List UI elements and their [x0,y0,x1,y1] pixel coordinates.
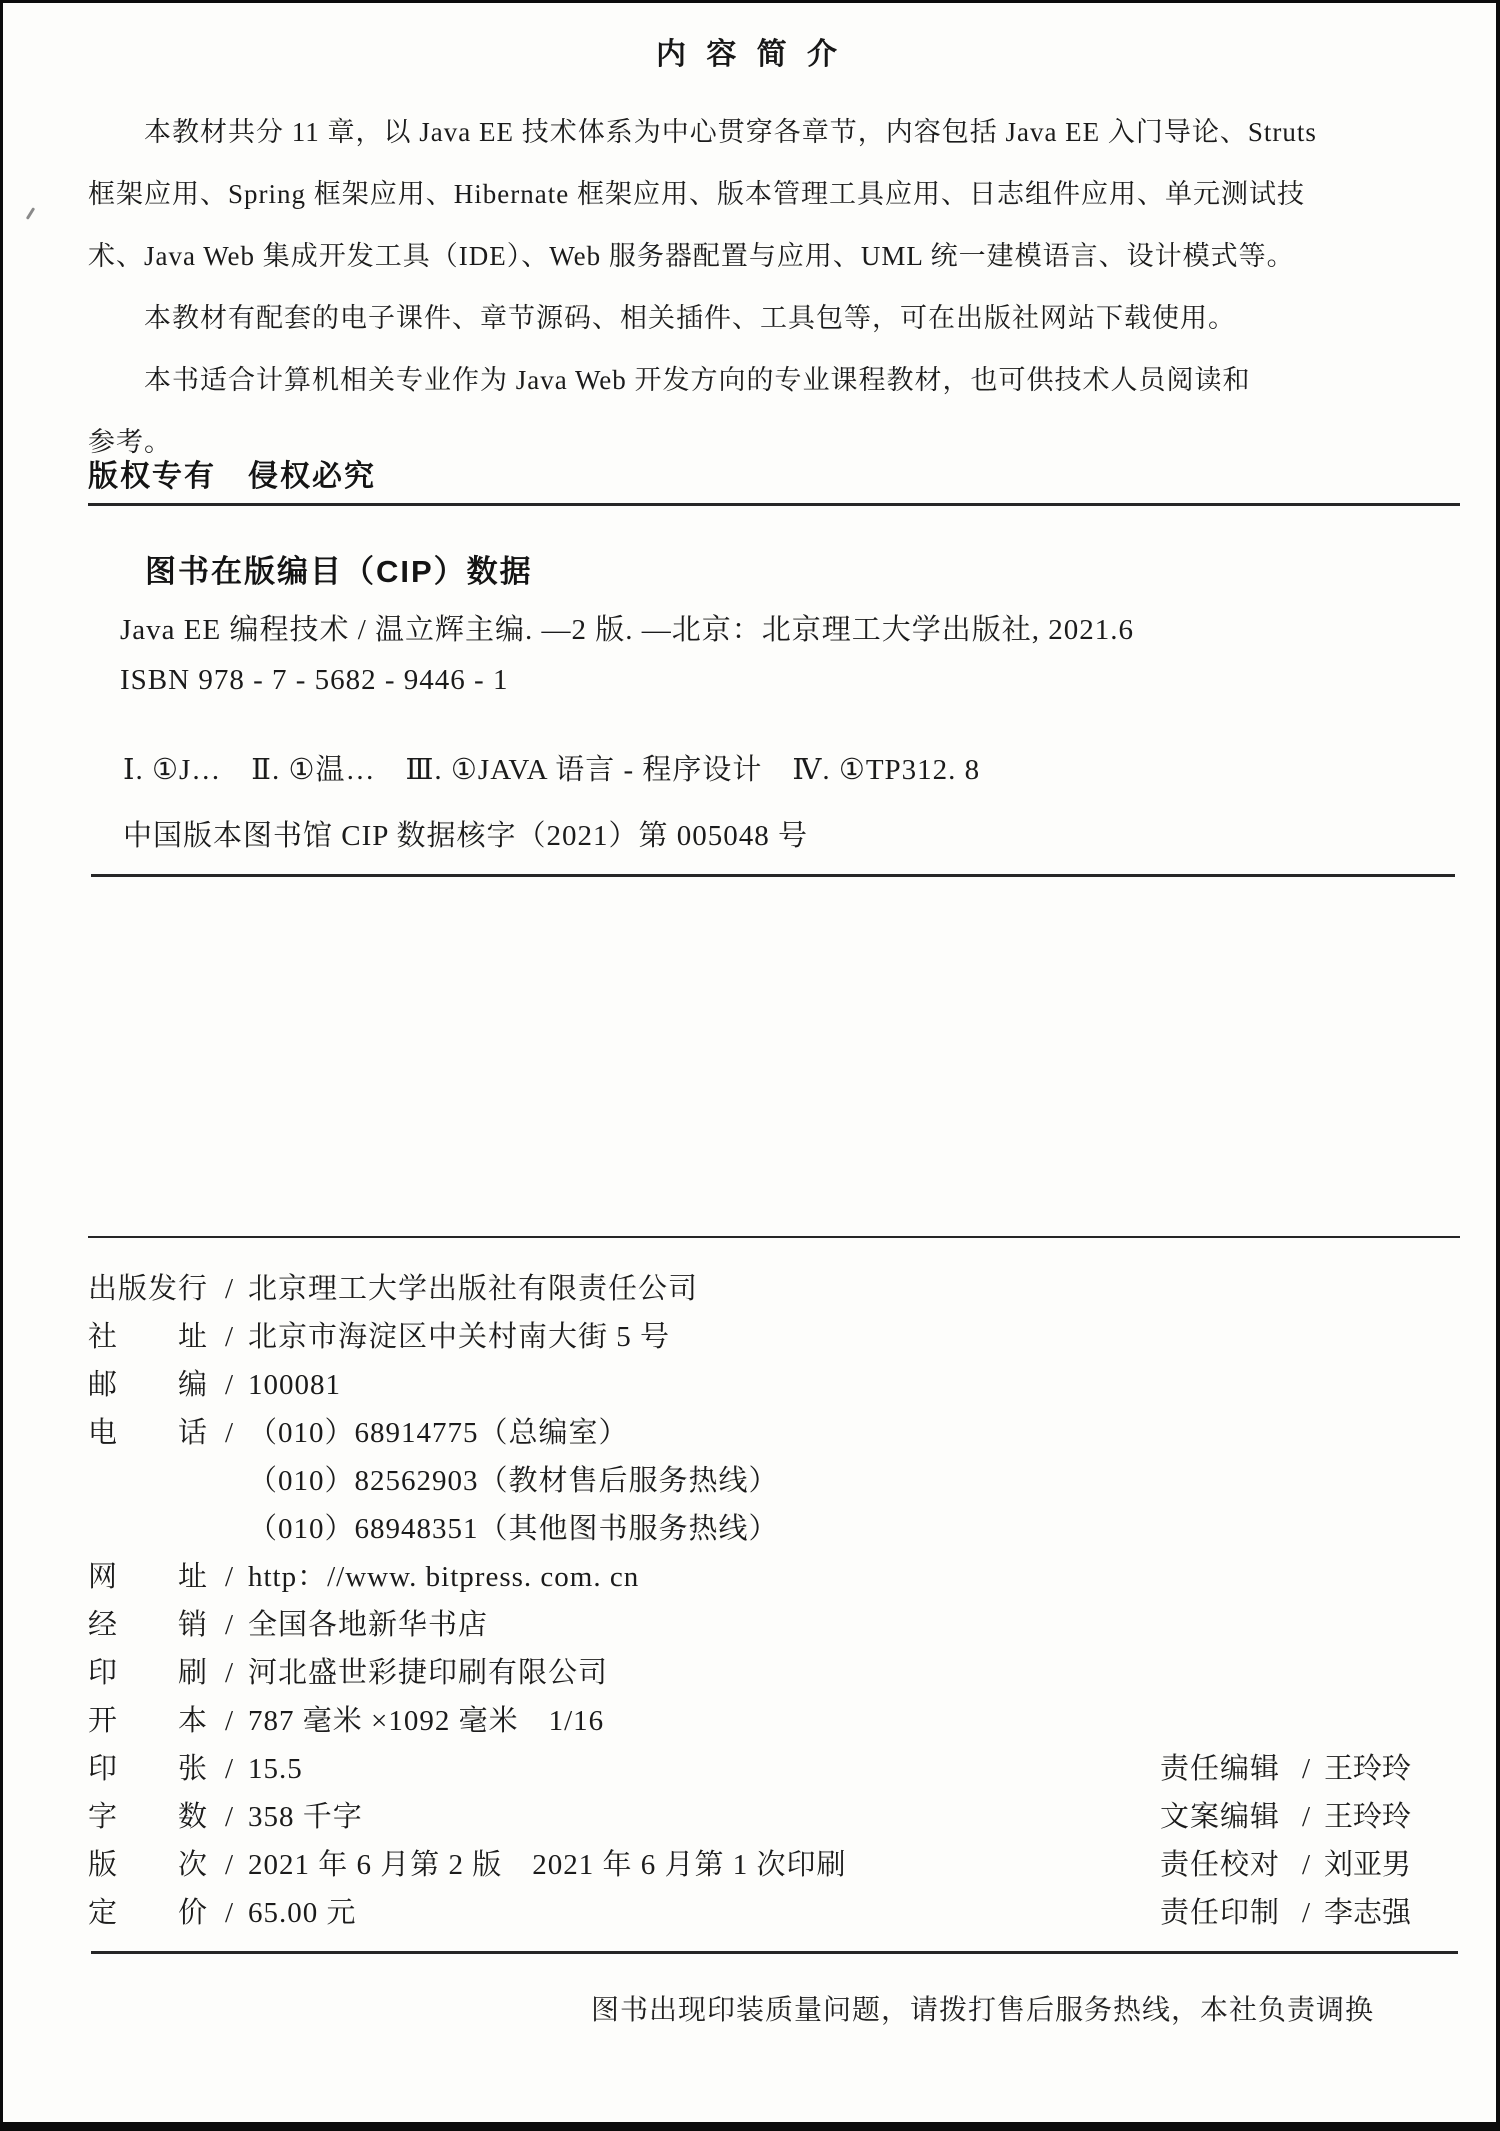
staff-value: 王玲玲 [1324,1745,1411,1793]
staff-value: 李志强 [1324,1889,1411,1937]
colophon-slash: / [210,1889,248,1937]
colophon-row: 版 次/2021 年 6 月第 2 版 2021 年 6 月第 1 次印刷 [88,1841,1168,1889]
divider-line [91,1951,1458,1954]
divider-line [88,503,1460,506]
colophon-label [88,1505,210,1553]
colophon-slash: / [210,1601,248,1649]
colophon-section: 出版发行/北京理工大学出版社有限责任公司 社 址/北京市海淀区中关村南大街 5 … [88,1265,1168,1937]
colophon-slash [210,1457,248,1505]
intro-section: 本教材共分 11 章，以 Java EE 技术体系为中心贯穿各章节，内容包括 J… [88,101,1460,473]
colophon-slash: / [210,1697,248,1745]
staff-slash: / [1288,1889,1324,1937]
colophon-row: 经 销/全国各地新华书店 [88,1601,1168,1649]
colophon-row: 社 址/北京市海淀区中关村南大街 5 号 [88,1313,1168,1361]
colophon-row: （010）68948351（其他图书服务热线） [88,1505,1168,1553]
colophon-value: 787 毫米 ×1092 毫米 1/16 [248,1697,604,1745]
cip-isbn: ISBN 978 - 7 - 5682 - 9446 - 1 [120,664,508,697]
colophon-value: （010）68914775（总编室） [248,1409,629,1457]
colophon-value: （010）68948351（其他图书服务热线） [248,1505,779,1553]
staff-slash: / [1288,1841,1324,1889]
colophon-row: 定 价/65.00 元 [88,1889,1168,1937]
colophon-value: 北京理工大学出版社有限责任公司 [248,1265,698,1313]
divider-line [88,1236,1460,1238]
colophon-label: 经 销 [88,1601,210,1649]
colophon-value: 65.00 元 [248,1889,357,1937]
page-title: 内 容 简 介 [3,29,1496,73]
colophon-row: 开 本/787 毫米 ×1092 毫米 1/16 [88,1697,1168,1745]
colophon-row: （010）82562903（教材售后服务热线） [88,1457,1168,1505]
colophon-slash: / [210,1649,248,1697]
colophon-slash: / [210,1265,248,1313]
staff-label: 文案编辑 [1160,1793,1288,1841]
colophon-label: 社 址 [88,1313,210,1361]
colophon-row: 印 张/15.5 [88,1745,1168,1793]
colophon-value: 河北盛世彩捷印刷有限公司 [248,1649,608,1697]
colophon-label: 字 数 [88,1793,210,1841]
colophon-value: 2021 年 6 月第 2 版 2021 年 6 月第 1 次印刷 [248,1841,847,1889]
colophon-slash: / [210,1841,248,1889]
colophon-slash: / [210,1553,248,1601]
staff-row: 文案编辑/王玲玲 [1160,1793,1480,1841]
scan-speck [26,207,35,220]
colophon-label: 版 次 [88,1841,210,1889]
colophon-row: 电 话/（010）68914775（总编室） [88,1409,1168,1457]
colophon-slash: / [210,1313,248,1361]
colophon-value: （010）82562903（教材售后服务热线） [248,1457,779,1505]
staff-row: 责任印制/李志强 [1160,1889,1480,1937]
colophon-value: 北京市海淀区中关村南大街 5 号 [248,1313,670,1361]
intro-line: 本教材共分 11 章，以 Java EE 技术体系为中心贯穿各章节，内容包括 J… [88,101,1460,163]
colophon-row: 网 址/http：//www. bitpress. com. cn [88,1553,1168,1601]
staff-label: 责任编辑 [1160,1745,1288,1793]
intro-line: 术、Java Web 集成开发工具（IDE）、Web 服务器配置与应用、UML … [88,225,1460,287]
staff-label: 责任校对 [1160,1841,1288,1889]
colophon-label: 印 刷 [88,1649,210,1697]
colophon-label: 电 话 [88,1409,210,1457]
colophon-slash: / [210,1793,248,1841]
colophon-label: 邮 编 [88,1361,210,1409]
staff-slash: / [1288,1793,1324,1841]
quality-note: 图书出现印装质量问题，请拨打售后服务热线，本社负责调换 [591,1988,1374,2028]
staff-slash: / [1288,1745,1324,1793]
cip-heading: 图书在版编目（CIP）数据 [145,546,533,591]
colophon-slash: / [210,1745,248,1793]
colophon-slash: / [210,1409,248,1457]
colophon-label: 定 价 [88,1889,210,1937]
colophon-slash [210,1505,248,1553]
staff-row: 责任校对/刘亚男 [1160,1841,1480,1889]
intro-line: 本书适合计算机相关专业作为 Java Web 开发方向的专业课程教材，也可供技术… [88,349,1460,411]
colophon-row: 字 数/358 千字 [88,1793,1168,1841]
colophon-label: 开 本 [88,1697,210,1745]
colophon-value: 15.5 [248,1745,303,1793]
colophon-label: 网 址 [88,1553,210,1601]
intro-line: 框架应用、Spring 框架应用、Hibernate 框架应用、版本管理工具应用… [88,163,1460,225]
colophon-value: 全国各地新华书店 [248,1601,488,1649]
staff-section: 责任编辑/王玲玲 文案编辑/王玲玲 责任校对/刘亚男 责任印制/李志强 [1160,1745,1480,1937]
colophon-slash: / [210,1361,248,1409]
colophon-label: 出版发行 [88,1265,210,1313]
book-copyright-page: 内 容 简 介 本教材共分 11 章，以 Java EE 技术体系为中心贯穿各章… [0,0,1500,2131]
cip-title-line: Java EE 编程技术 / 温立辉主编. —2 版. —北京：北京理工大学出版… [120,607,1134,648]
colophon-row: 印 刷/河北盛世彩捷印刷有限公司 [88,1649,1168,1697]
colophon-value: 100081 [248,1361,341,1409]
colophon-value: http：//www. bitpress. com. cn [248,1553,639,1601]
staff-label: 责任印制 [1160,1889,1288,1937]
cip-record-number: 中国版本图书馆 CIP 数据核字（2021）第 005048 号 [123,813,808,854]
staff-value: 刘亚男 [1324,1841,1411,1889]
colophon-value: 358 千字 [248,1793,363,1841]
colophon-label: 印 张 [88,1745,210,1793]
divider-line [91,874,1455,877]
cip-classification: Ⅰ. ①J… Ⅱ. ①温… Ⅲ. ①JAVA 语言 - 程序设计 Ⅳ. ①TP3… [123,747,980,788]
staff-row: 责任编辑/王玲玲 [1160,1745,1480,1793]
staff-value: 王玲玲 [1324,1793,1411,1841]
copyright-notice: 版权专有 侵权必究 [88,451,376,495]
colophon-row: 邮 编/100081 [88,1361,1168,1409]
colophon-row: 出版发行/北京理工大学出版社有限责任公司 [88,1265,1168,1313]
intro-line: 本教材有配套的电子课件、章节源码、相关插件、工具包等，可在出版社网站下载使用。 [88,287,1460,349]
colophon-label [88,1457,210,1505]
